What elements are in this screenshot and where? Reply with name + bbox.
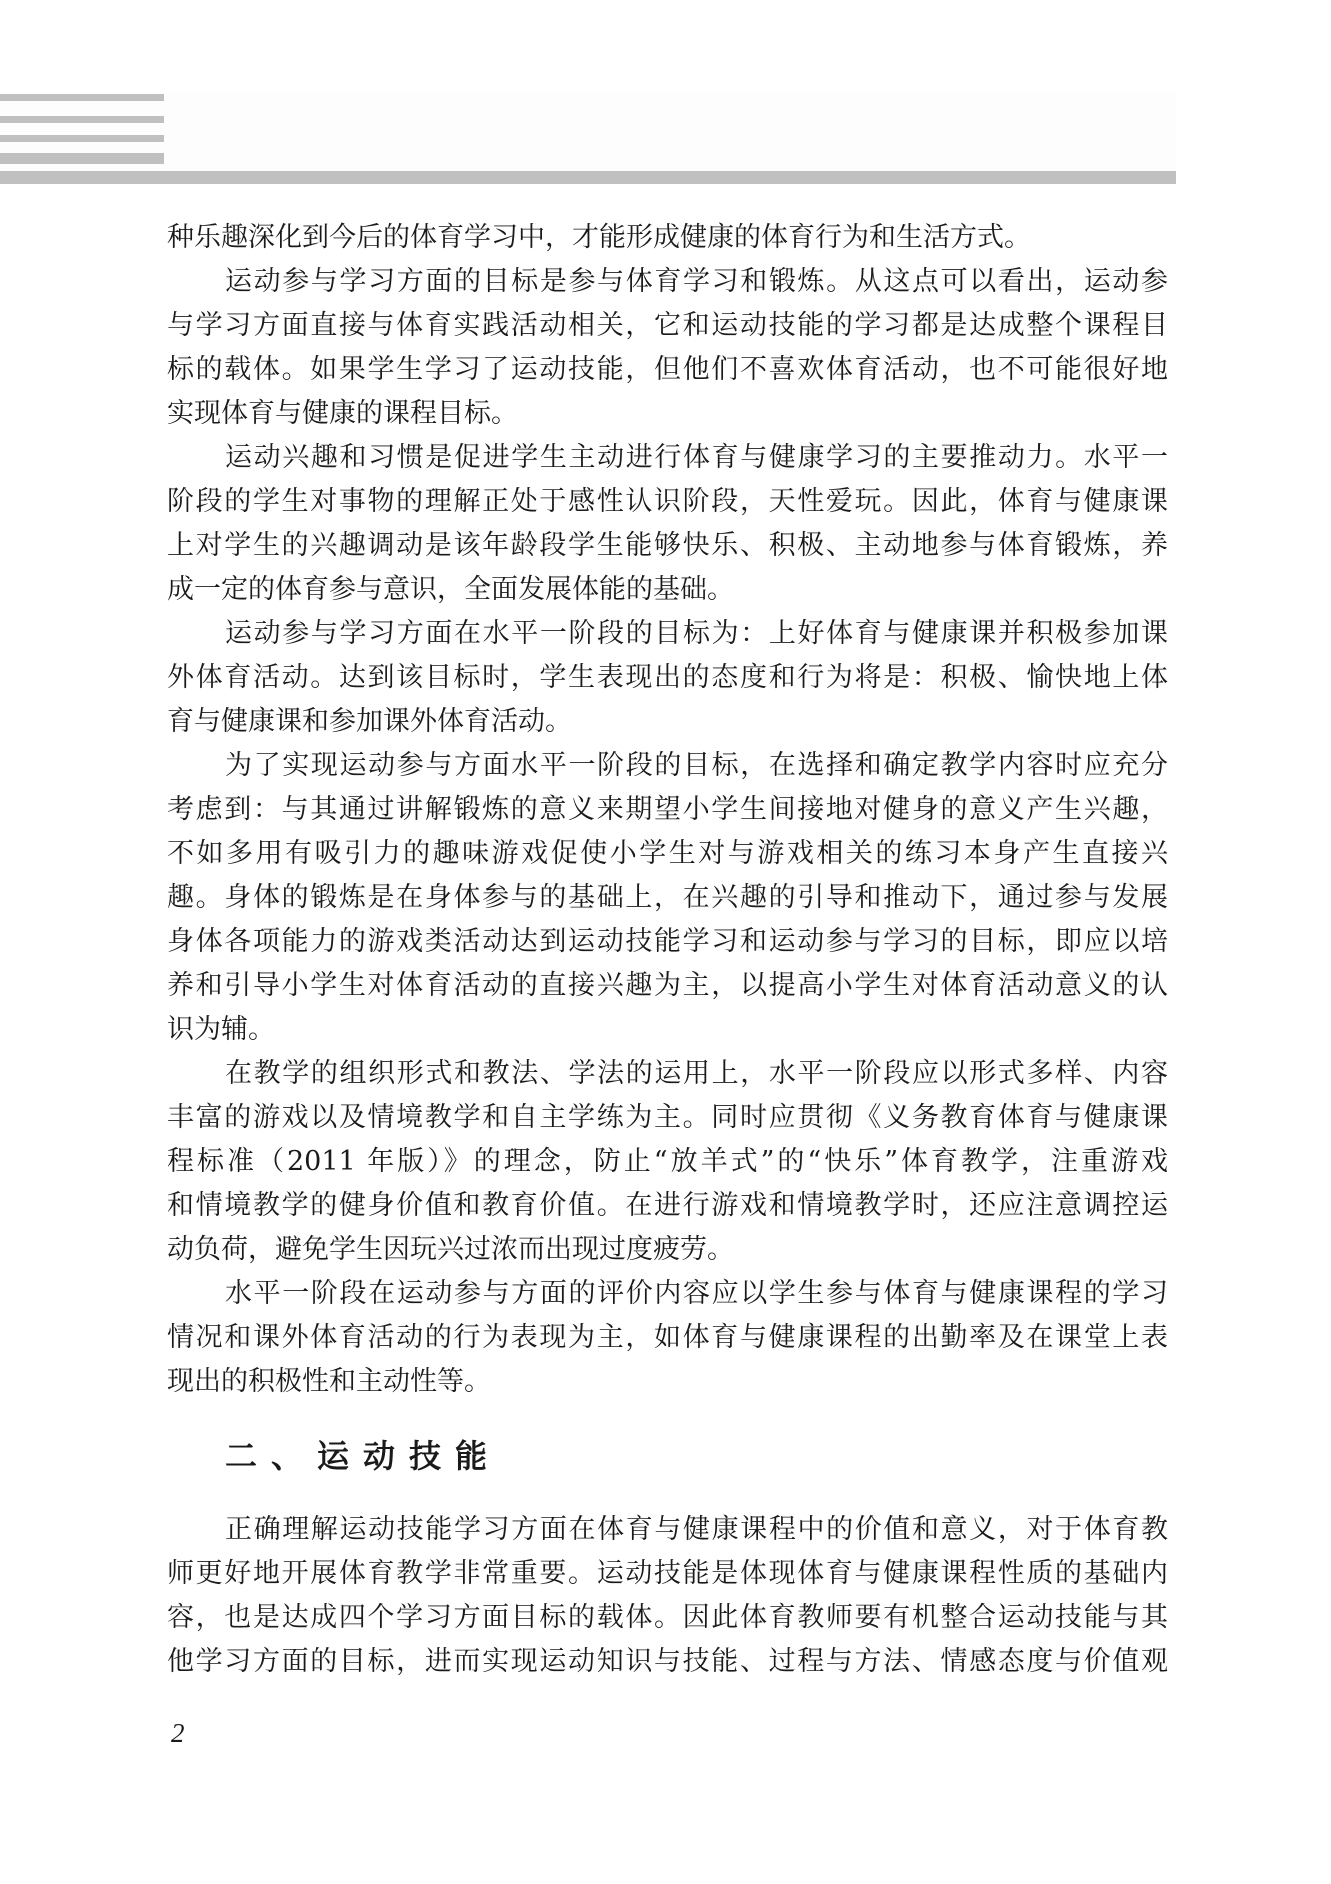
header-stripe-2 bbox=[0, 116, 164, 123]
paragraph-block-2: 正确理解运动技能学习方面在体育与健康课程中的价值和意义，对于体育教 师更好地开展… bbox=[167, 1508, 1168, 1684]
paragraph-block-1: 种乐趣深化到今后的体育学习中，才能形成健康的体育行为和生活方式。 运动参与学习方… bbox=[167, 216, 1168, 1404]
text-line: 识为辅。 bbox=[167, 1008, 1168, 1052]
text-line: 丰富的游戏以及情境教学和自主学练为主。同时应贯彻《义务教育体育与健康课 bbox=[167, 1096, 1168, 1140]
page-body: 种乐趣深化到今后的体育学习中，才能形成健康的体育行为和生活方式。 运动参与学习方… bbox=[167, 216, 1168, 1684]
text-line: 容，也是达成四个学习方面目标的载体。因此体育教师要有机整合运动技能与其 bbox=[167, 1596, 1168, 1640]
header-stripe-4 bbox=[0, 153, 164, 164]
text-line: 成一定的体育参与意识，全面发展体能的基础。 bbox=[167, 568, 1168, 612]
text-line: 不如多用有吸引力的趣味游戏促使小学生对与游戏相关的练习本身产生直接兴 bbox=[167, 832, 1168, 876]
text-line: 程标准（2011 年版）》的理念，防止“放羊式”的“快乐”体育教学，注重游戏 bbox=[167, 1140, 1168, 1184]
text-line: 与学习方面直接与体育实践活动相关，它和运动技能的学习都是达成整个课程目 bbox=[167, 304, 1168, 348]
text-line: 运动兴趣和习惯是促进学生主动进行体育与健康学习的主要推动力。水平一 bbox=[167, 436, 1168, 480]
header-stripe-1 bbox=[0, 94, 164, 101]
text-line: 和情境教学的健身价值和教育价值。在进行游戏和情境教学时，还应注意调控运 bbox=[167, 1184, 1168, 1228]
text-line: 标的载体。如果学生学习了运动技能，但他们不喜欢体育活动，也不可能很好地 bbox=[167, 348, 1168, 392]
text-line: 实现体育与健康的课程目标。 bbox=[167, 392, 1168, 436]
text-line: 为了实现运动参与方面水平一阶段的目标，在选择和确定教学内容时应充分 bbox=[167, 744, 1168, 788]
text-line: 种乐趣深化到今后的体育学习中，才能形成健康的体育行为和生活方式。 bbox=[167, 216, 1168, 260]
header-decoration-background bbox=[0, 93, 1176, 171]
text-line: 现出的积极性和主动性等。 bbox=[167, 1360, 1168, 1404]
text-line: 他学习方面的目标，进而实现运动知识与技能、过程与方法、情感态度与价值观 bbox=[167, 1640, 1168, 1684]
header-stripe-3 bbox=[0, 135, 164, 142]
text-line: 上对学生的兴趣调动是该年龄段学生能够快乐、积极、主动地参与体育锻炼，养 bbox=[167, 524, 1168, 568]
text-line: 在教学的组织形式和教法、学法的运用上，水平一阶段应以形式多样、内容 bbox=[167, 1052, 1168, 1096]
text-line: 情况和课外体育活动的行为表现为主，如体育与健康课程的出勤率及在课堂上表 bbox=[167, 1316, 1168, 1360]
text-line: 师更好地开展体育教学非常重要。运动技能是体现体育与健康课程性质的基础内 bbox=[167, 1552, 1168, 1596]
text-line: 正确理解运动技能学习方面在体育与健康课程中的价值和意义，对于体育教 bbox=[167, 1508, 1168, 1552]
text-line: 养和引导小学生对体育活动的直接兴趣为主，以提高小学生对体育活动意义的认 bbox=[167, 964, 1168, 1008]
text-line: 运动参与学习方面在水平一阶段的目标为：上好体育与健康课并积极参加课 bbox=[167, 612, 1168, 656]
text-line: 育与健康课和参加课外体育活动。 bbox=[167, 700, 1168, 744]
text-line: 外体育活动。达到该目标时，学生表现出的态度和行为将是：积极、愉快地上体 bbox=[167, 656, 1168, 700]
text-line: 水平一阶段在运动参与方面的评价内容应以学生参与体育与健康课程的学习 bbox=[167, 1272, 1168, 1316]
text-line: 趣。身体的锻炼是在身体参与的基础上，在兴趣的引导和推动下，通过参与发展 bbox=[167, 876, 1168, 920]
text-line: 身体各项能力的游戏类活动达到运动技能学习和运动参与学习的目标，即应以培 bbox=[167, 920, 1168, 964]
text-line: 运动参与学习方面的目标是参与体育学习和锻炼。从这点可以看出，运动参 bbox=[167, 260, 1168, 304]
text-line: 动负荷，避免学生因玩兴过浓而出现过度疲劳。 bbox=[167, 1228, 1168, 1272]
section-heading: 二、运动技能 bbox=[167, 1404, 1168, 1508]
header-rule bbox=[0, 171, 1176, 184]
text-line: 考虑到：与其通过讲解锻炼的意义来期望小学生间接地对健身的意义产生兴趣， bbox=[167, 788, 1168, 832]
page-number: 2 bbox=[171, 1718, 185, 1749]
text-line: 阶段的学生对事物的理解正处于感性认识阶段，天性爱玩。因此，体育与健康课 bbox=[167, 480, 1168, 524]
